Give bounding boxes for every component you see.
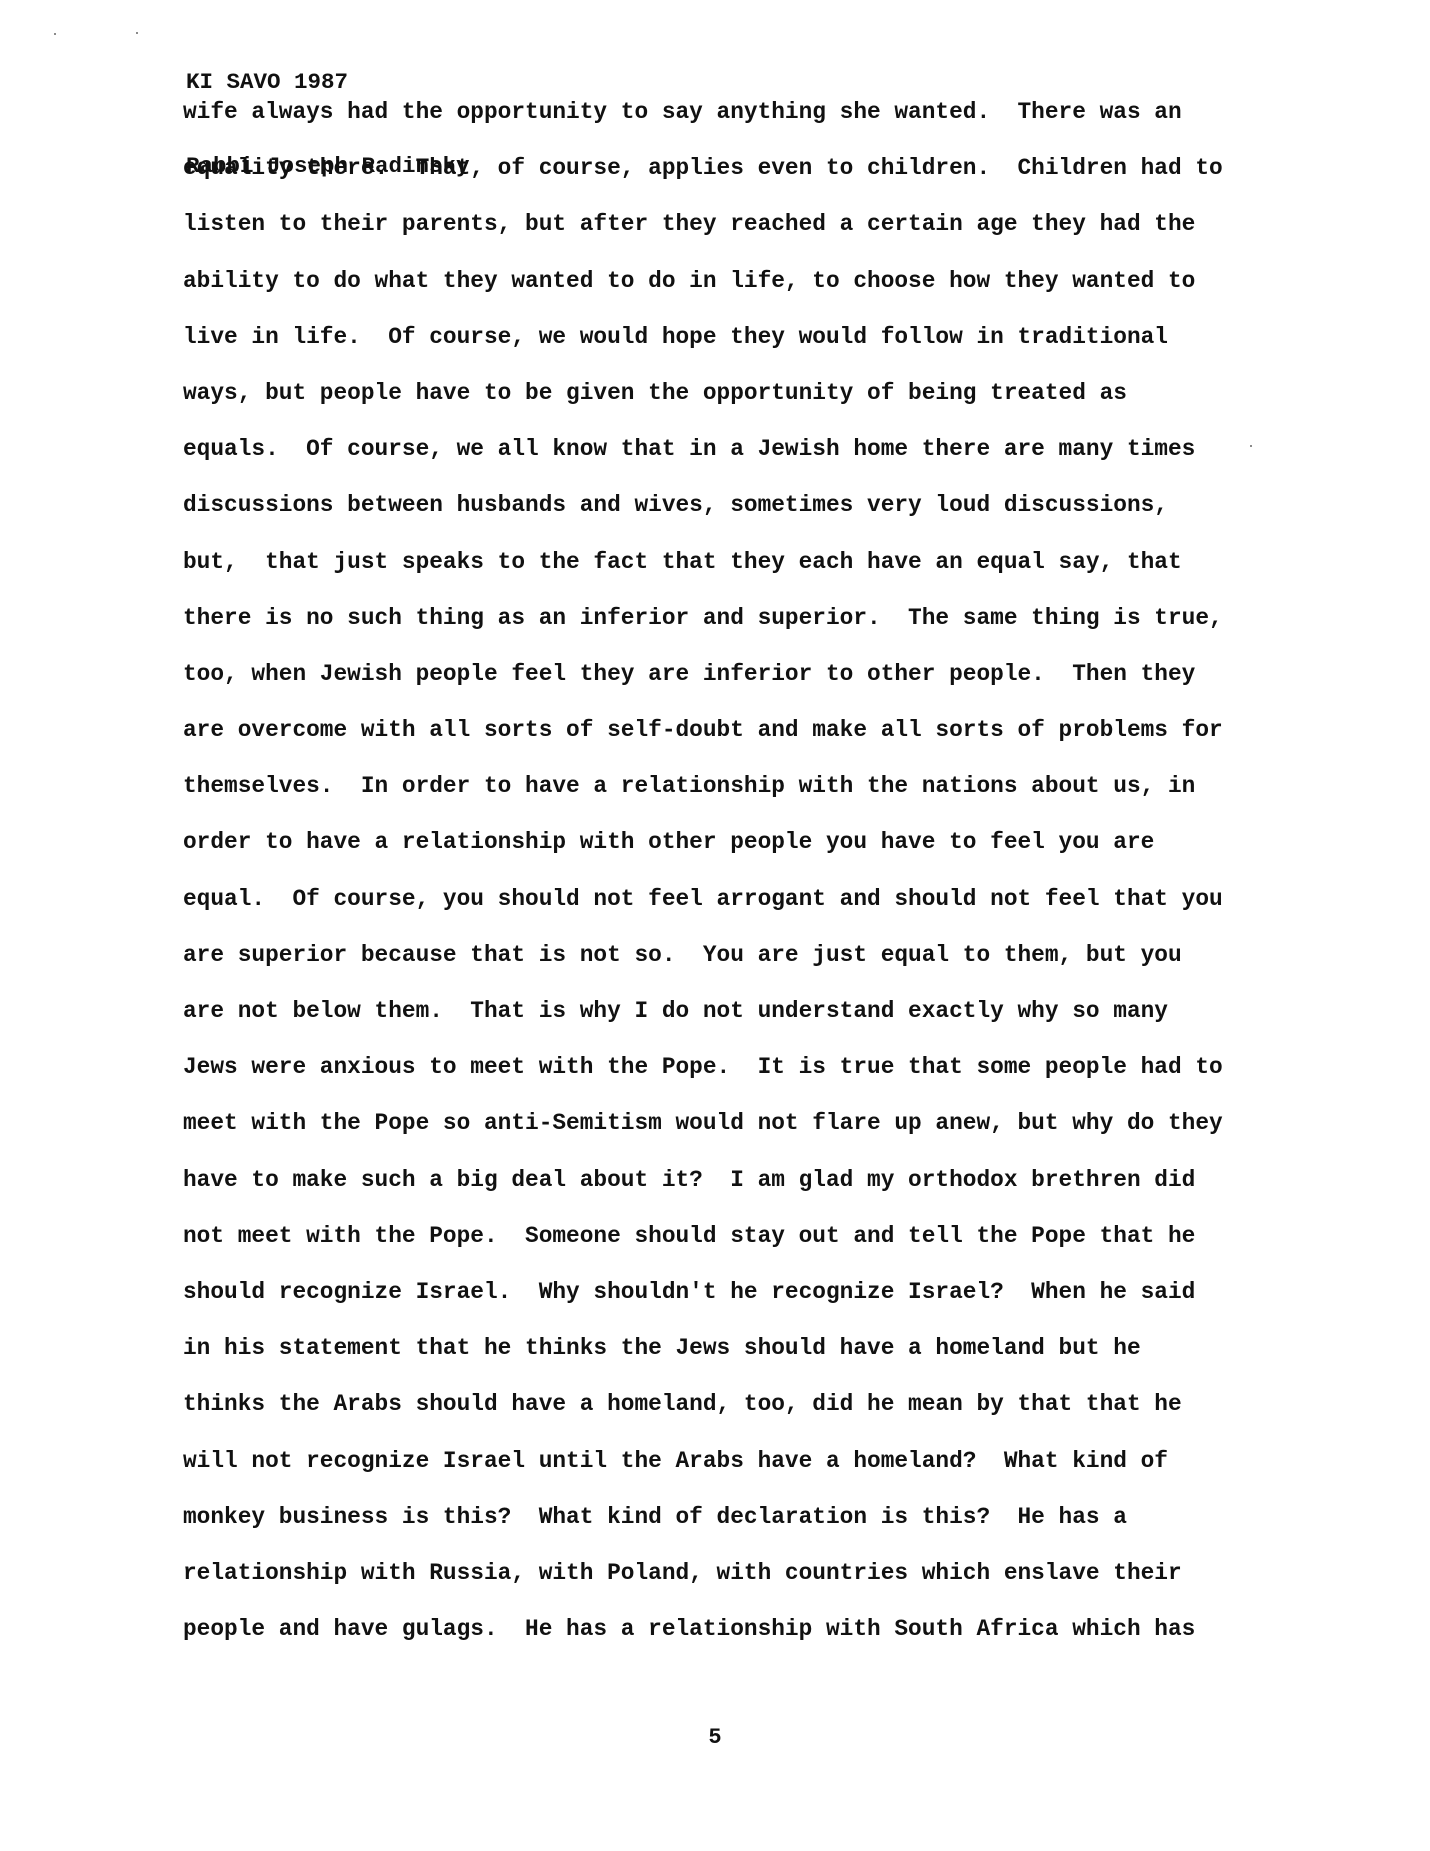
text-line: are superior because that is not so. You… [183,939,1223,995]
text-line: are overcome with all sorts of self-doub… [183,714,1223,770]
text-line: relationship with Russia, with Poland, w… [183,1557,1223,1613]
text-line: equals. Of course, we all know that in a… [183,433,1223,489]
text-line: meet with the Pope so anti-Semitism woul… [183,1107,1223,1163]
text-line: equality there. That, of course, applies… [183,152,1223,208]
text-line: thinks the Arabs should have a homeland,… [183,1388,1223,1444]
text-line: live in life. Of course, we would hope t… [183,321,1223,377]
text-line: ability to do what they wanted to do in … [183,265,1223,321]
text-line: are not below them. That is why I do not… [183,995,1223,1051]
text-line: too, when Jewish people feel they are in… [183,658,1223,714]
document-title: KI SAVO 1987 [186,68,470,96]
text-line: listen to their parents, but after they … [183,208,1223,264]
text-line: ways, but people have to be given the op… [183,377,1223,433]
text-line: have to make such a big deal about it? I… [183,1164,1223,1220]
scan-speck [54,33,56,35]
body-text: wife always had the opportunity to say a… [183,96,1223,1669]
text-line: but, that just speaks to the fact that t… [183,546,1223,602]
text-line: there is no such thing as an inferior an… [183,602,1223,658]
text-line: monkey business is this? What kind of de… [183,1501,1223,1557]
page-number: 5 [0,1724,1430,1752]
text-line: not meet with the Pope. Someone should s… [183,1220,1223,1276]
text-line: wife always had the opportunity to say a… [183,96,1223,152]
text-line: people and have gulags. He has a relatio… [183,1613,1223,1669]
text-line: Jews were anxious to meet with the Pope.… [183,1051,1223,1107]
text-line: order to have a relationship with other … [183,826,1223,882]
scan-speck [1250,445,1252,447]
scan-speck [136,32,138,34]
text-line: should recognize Israel. Why shouldn't h… [183,1276,1223,1332]
text-line: equal. Of course, you should not feel ar… [183,883,1223,939]
document-page: KI SAVO 1987 Rabbi Joseph Radinsky wife … [0,0,1430,1851]
text-line: discussions between husbands and wives, … [183,489,1223,545]
text-line: in his statement that he thinks the Jews… [183,1332,1223,1388]
text-line: themselves. In order to have a relations… [183,770,1223,826]
text-line: will not recognize Israel until the Arab… [183,1445,1223,1501]
